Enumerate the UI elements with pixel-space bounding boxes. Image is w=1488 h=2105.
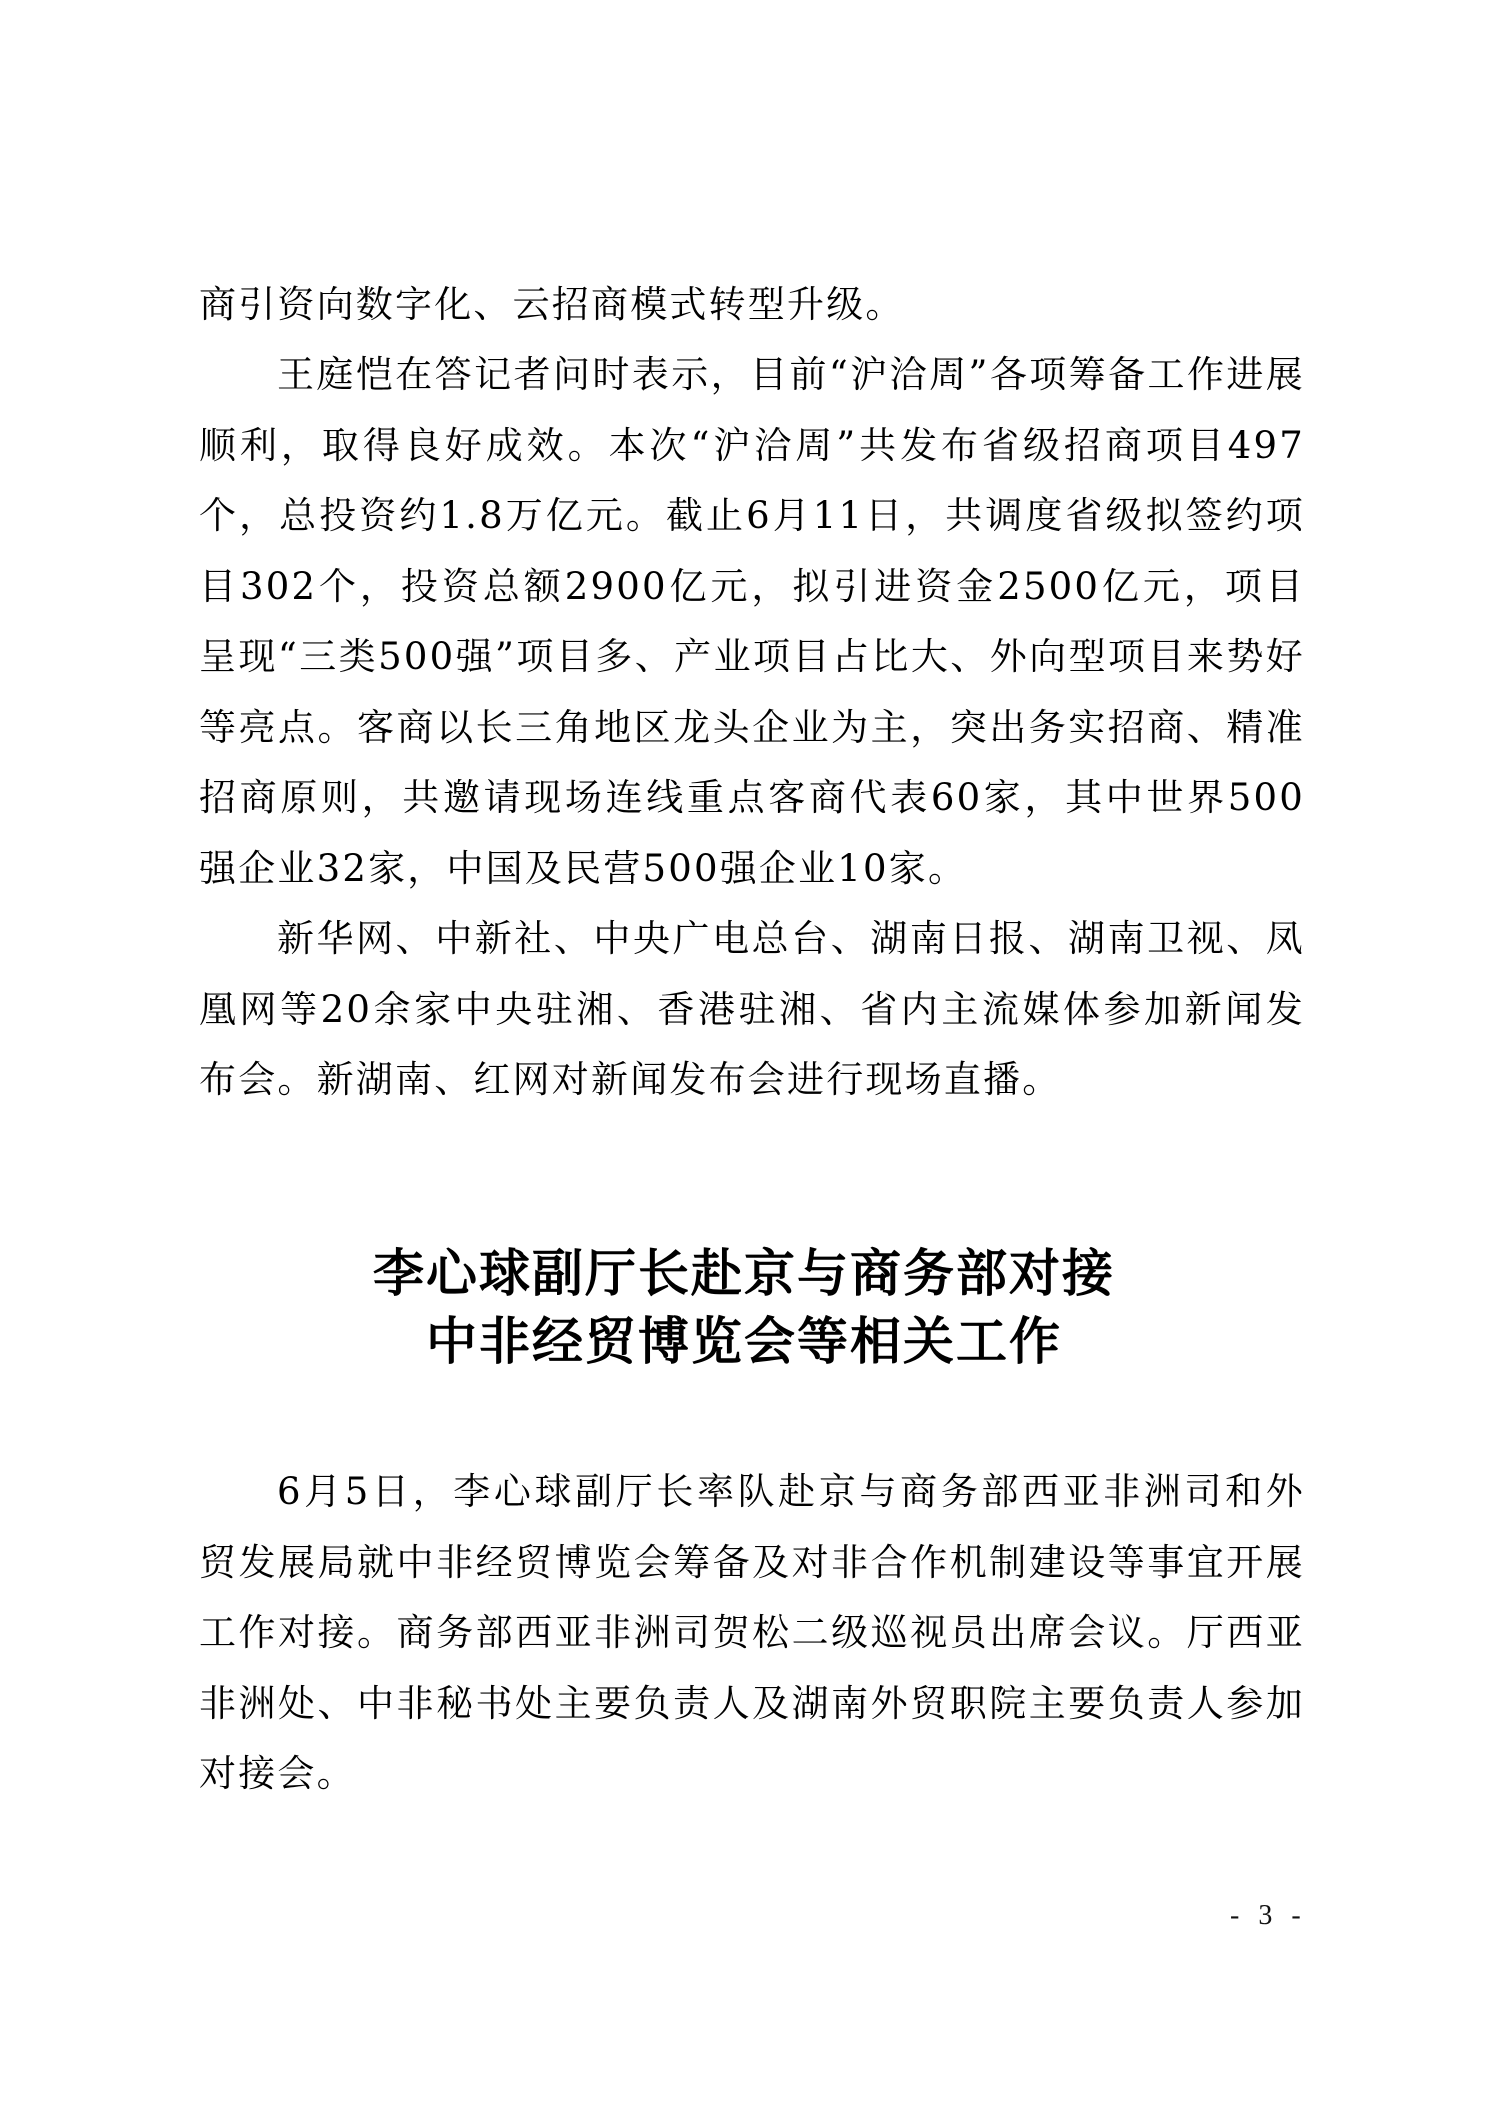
section-title-line-2: 中非经贸博览会等相关工作 [0, 1308, 1488, 1376]
document-page: 商引资向数字化、云招商模式转型升级。 王庭恺在答记者问时表示，目前“沪洽周”各项… [0, 0, 1488, 2105]
paragraph-media-attendance: 新华网、中新社、中央广电总台、湖南日报、湖南卫视、凤凰网等20余家中央驻湘、香港… [199, 904, 1305, 1116]
section-title: 李心球副厅长赴京与商务部对接 中非经贸博览会等相关工作 [0, 1240, 1488, 1376]
section-title-line-1: 李心球副厅长赴京与商务部对接 [0, 1240, 1488, 1308]
paragraph-wang-tingkai-remarks: 王庭恺在答记者问时表示，目前“沪洽周”各项筹备工作进展顺利，取得良好成效。本次“… [199, 340, 1305, 904]
page-number: - 3 - [1230, 1900, 1307, 1932]
paragraph-beijing-meeting: 6月5日，李心球副厅长率队赴京与商务部西亚非洲司和外贸发展局就中非经贸博览会筹备… [199, 1457, 1305, 1810]
paragraph-continuation: 商引资向数字化、云招商模式转型升级。 [199, 270, 1305, 341]
